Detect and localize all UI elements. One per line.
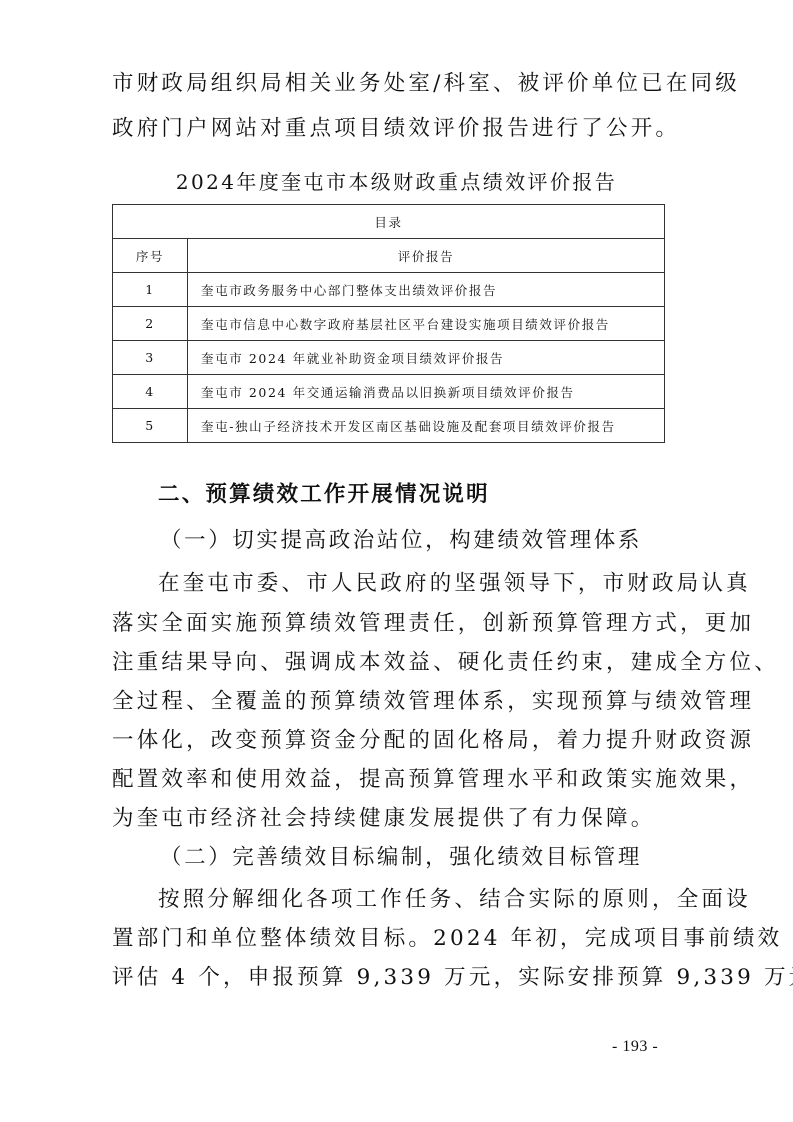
paragraph-line: 按照分解细化各项工作任务、结合实际的原则，全面设: [158, 886, 718, 914]
table-row: 4 奎屯市 2024 年交通运输消费品以旧换新项目绩效评价报告: [113, 375, 665, 409]
table-caption-row: 目录: [113, 205, 665, 239]
row-report-title: 奎屯-独山子经济技术开发区南区基础设施及配套项目绩效评价报告: [188, 409, 665, 443]
table-title: 2024年度奎屯市本级财政重点绩效评价报告: [0, 168, 793, 196]
row-number: 3: [113, 341, 188, 375]
paragraph-line: 一体化，改变预算资金分配的固化格局，着力提升财政资源: [112, 727, 672, 755]
table-row: 1 奎屯市政务服务中心部门整体支出绩效评价报告: [113, 273, 665, 307]
intro-line-1: 市财政局组织局相关业务处室/科室、被评价单位已在同级: [112, 70, 672, 98]
row-report-title: 奎屯市政务服务中心部门整体支出绩效评价报告: [188, 273, 665, 307]
paragraph-line: 为奎屯市经济社会持续健康发展提供了有力保障。: [112, 805, 672, 833]
table-caption: 目录: [113, 205, 665, 239]
header-serial-number: 序号: [113, 239, 188, 273]
paragraph-line: 配置效率和使用效益，提高预算管理水平和政策实施效果，: [112, 766, 672, 794]
row-number: 4: [113, 375, 188, 409]
table-row: 2 奎屯市信息中心数字政府基层社区平台建设实施项目绩效评价报告: [113, 307, 665, 341]
row-number: 5: [113, 409, 188, 443]
paragraph-line: 评估 4 个，申报预算 9,339 万元，实际安排预算 9,339 万元，: [112, 964, 672, 992]
subsection-heading-1: （一）切实提高政治站位，构建绩效管理体系: [160, 527, 720, 555]
section-heading: 二、预算绩效工作开展情况说明: [158, 481, 718, 509]
row-number: 2: [113, 307, 188, 341]
header-report: 评价报告: [188, 239, 665, 273]
paragraph-line: 全过程、全覆盖的预算绩效管理体系，实现预算与绩效管理: [112, 688, 672, 716]
row-report-title: 奎屯市 2024 年交通运输消费品以旧换新项目绩效评价报告: [188, 375, 665, 409]
paragraph-line: 在奎屯市委、市人民政府的坚强领导下，市财政局认真: [158, 570, 718, 598]
paragraph-line: 置部门和单位整体绩效目标。2024 年初，完成项目事前绩效: [112, 925, 672, 953]
page-number: - 193 -: [612, 1038, 658, 1056]
toc-table: 目录 序号 评价报告 1 奎屯市政务服务中心部门整体支出绩效评价报告 2 奎屯市…: [112, 204, 665, 443]
subsection-heading-2: （二）完善绩效目标编制，强化绩效目标管理: [160, 844, 720, 872]
intro-line-2: 政府门户网站对重点项目绩效评价报告进行了公开。: [112, 115, 672, 143]
row-report-title: 奎屯市 2024 年就业补助资金项目绩效评价报告: [188, 341, 665, 375]
table-header-row: 序号 评价报告: [113, 239, 665, 273]
paragraph-line: 落实全面实施预算绩效管理责任，创新预算管理方式，更加: [112, 610, 672, 638]
paragraph-line: 注重结果导向、强调成本效益、硬化责任约束，建成全方位、: [112, 649, 672, 677]
table-row: 3 奎屯市 2024 年就业补助资金项目绩效评价报告: [113, 341, 665, 375]
table-row: 5 奎屯-独山子经济技术开发区南区基础设施及配套项目绩效评价报告: [113, 409, 665, 443]
row-report-title: 奎屯市信息中心数字政府基层社区平台建设实施项目绩效评价报告: [188, 307, 665, 341]
row-number: 1: [113, 273, 188, 307]
